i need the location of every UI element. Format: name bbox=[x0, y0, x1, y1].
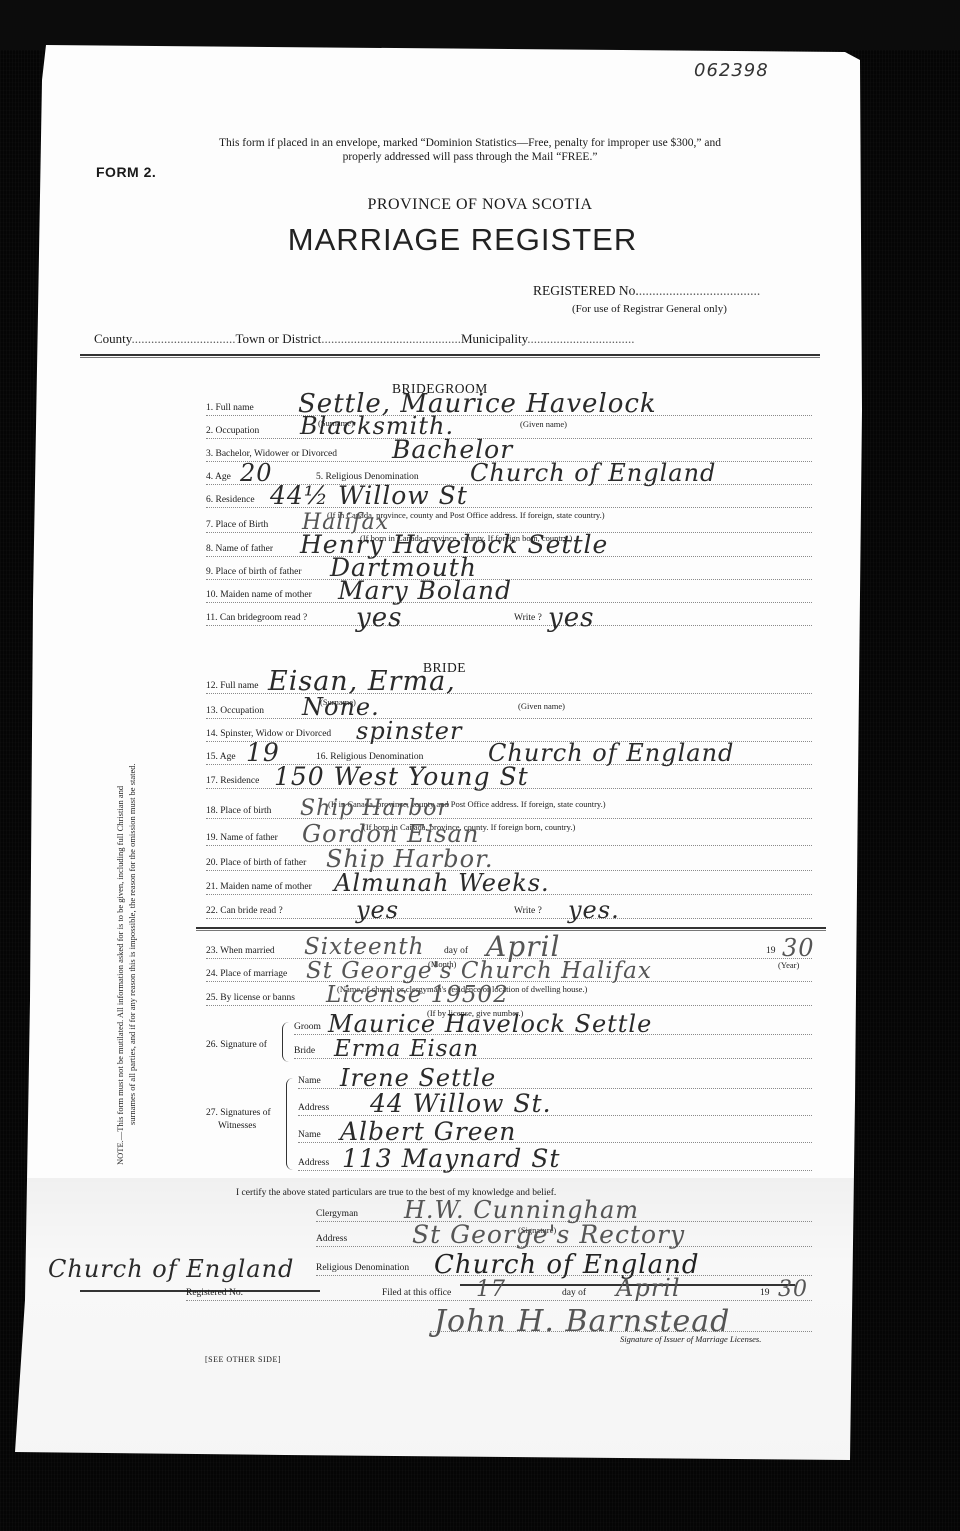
field-label: 19. Name of father bbox=[206, 833, 278, 843]
bride-marital-status-value: spinster bbox=[356, 717, 462, 745]
issuer-signature-row: John H. Barnstead bbox=[430, 1313, 812, 1332]
signature-label: 26. Signature of bbox=[206, 1040, 267, 1050]
dotted-leader: ........................................… bbox=[321, 331, 461, 346]
field-label: 6. Residence bbox=[206, 495, 255, 505]
filed-month-value: April bbox=[616, 1274, 681, 1302]
field-label: Religious Denomination bbox=[316, 1263, 409, 1273]
page-title: MARRIAGE REGISTER bbox=[0, 222, 925, 258]
bride-literacy-row: 22. Can bride read ? yes Write ? yes. bbox=[206, 900, 812, 919]
province-heading: PROVINCE OF NOVA SCOTIA bbox=[0, 196, 960, 214]
groom-residence-row: 6. Residence 44½ Willow St bbox=[206, 489, 812, 508]
signature-brace bbox=[282, 1022, 289, 1062]
marriage-date-row: 23. When married Sixteenth day of April … bbox=[206, 940, 812, 959]
dotted-leader: .................................... bbox=[639, 283, 761, 298]
registered-number-field: REGISTERED No...........................… bbox=[533, 283, 760, 299]
field-label: 8. Name of father bbox=[206, 544, 273, 554]
postal-notice-line-1: This form if placed in an envelope, mark… bbox=[120, 136, 820, 151]
groom-father-name-row: 8. Name of father Henry Havelock Settle bbox=[206, 538, 812, 557]
municipality-label: Municipality bbox=[461, 331, 527, 346]
field-label: 2. Occupation bbox=[206, 426, 259, 436]
field-label: Address bbox=[298, 1103, 329, 1113]
field-label: Write ? bbox=[514, 906, 542, 916]
field-label: 9. Place of birth of father bbox=[206, 567, 302, 577]
marriage-day-value: Sixteenth bbox=[304, 934, 424, 960]
witnesses-label-line-1: 27. Signatures of bbox=[206, 1108, 271, 1118]
field-label: Groom bbox=[294, 1022, 321, 1032]
location-row: County................................To… bbox=[94, 331, 810, 347]
field-label: 17. Residence bbox=[206, 776, 259, 786]
witness-2-address-row: Address 113 Maynard St bbox=[298, 1152, 812, 1171]
year-prefix: 19 bbox=[766, 946, 776, 956]
side-note: NOTE.—This form must not be mutilated. A… bbox=[114, 545, 138, 1165]
archive-number: 062398 bbox=[694, 60, 769, 81]
groom-mother-maiden-name-row: 10. Maiden name of mother Mary Boland bbox=[206, 584, 812, 603]
bride-mother-maiden-name-value: Almunah Weeks. bbox=[334, 869, 550, 897]
field-label: 24. Place of marriage bbox=[206, 969, 287, 979]
license-value: License 19502 bbox=[326, 982, 509, 1008]
witness-2-name-value: Albert Green bbox=[340, 1117, 516, 1146]
field-label: day of bbox=[562, 1288, 586, 1298]
field-label: 11. Can bridegroom read ? bbox=[206, 613, 307, 623]
witness-1-address-value: 44 Willow St. bbox=[370, 1089, 552, 1118]
field-label: 22. Can bride read ? bbox=[206, 906, 283, 916]
registered-number-note: (For use of Registrar General only) bbox=[572, 303, 727, 315]
bride-father-name-value: Gordon Eisan bbox=[302, 820, 479, 848]
witness-1-address-row: Address 44 Willow St. bbox=[298, 1097, 812, 1116]
groom-full-name-row: 1. Full name Settle, Maurice Havelock bbox=[206, 397, 812, 416]
groom-residence-value: 44½ Willow St bbox=[270, 481, 468, 510]
bride-can-write-value: yes. bbox=[568, 896, 620, 924]
field-label: 1. Full name bbox=[206, 403, 254, 413]
filed-day-value: 17 bbox=[476, 1277, 506, 1302]
registered-number-label: REGISTERED No. bbox=[533, 283, 639, 298]
field-label: 4. Age bbox=[206, 472, 231, 482]
bride-mother-maiden-name-row: 21. Maiden name of mother Almunah Weeks. bbox=[206, 876, 812, 895]
license-row: 25. By license or banns License 19502 bbox=[206, 987, 812, 1006]
groom-literacy-row: 11. Can bridegroom read ? yes Write ? ye… bbox=[206, 607, 812, 626]
field-label: Filed at this office bbox=[382, 1288, 451, 1298]
marriage-place-value: St George's Church Halifax bbox=[306, 958, 652, 984]
field-label: 21. Maiden name of mother bbox=[206, 882, 312, 892]
groom-religion-value: Church of England bbox=[470, 459, 716, 487]
side-note-line-1: NOTE.—This form must not be mutilated. A… bbox=[114, 545, 126, 1165]
clergyman-address-row: Address St George's Rectory bbox=[316, 1228, 812, 1247]
filing-row: Registered No. Filed at this office 17 d… bbox=[186, 1282, 812, 1301]
field-label: 15. Age bbox=[206, 752, 236, 762]
filed-year-value: 30 bbox=[778, 1277, 808, 1302]
witnesses-label-line-2: Witnesses bbox=[218, 1121, 256, 1131]
witness-brace bbox=[286, 1078, 293, 1170]
witness-1-name-row: Name Irene Settle bbox=[298, 1070, 812, 1089]
field-label: Bride bbox=[294, 1046, 315, 1056]
field-label: Address bbox=[298, 1158, 329, 1168]
bride-birthplace-value: Ship Harbor bbox=[300, 796, 449, 821]
denomination-row: Religious Denomination Church of England bbox=[316, 1257, 812, 1276]
see-other-side-note: [SEE OTHER SIDE] bbox=[205, 1355, 281, 1364]
field-label: 18. Place of birth bbox=[206, 806, 271, 816]
marriage-year-value: 30 bbox=[782, 934, 815, 962]
field-label: Name bbox=[298, 1076, 321, 1086]
issuer-signature-label: Signature of Issuer of Marriage Licenses… bbox=[620, 1334, 761, 1344]
scanner-top-band bbox=[0, 0, 960, 50]
bride-birthplace-row: 18. Place of birth Ship Harbor bbox=[206, 800, 812, 819]
field-label: Address bbox=[316, 1234, 347, 1244]
field-label: 12. Full name bbox=[206, 681, 259, 691]
clergyman-address-value: St George's Rectory bbox=[412, 1220, 685, 1249]
groom-age-value: 20 bbox=[240, 459, 273, 487]
bride-signature-row: Bride Erma Eisan bbox=[294, 1040, 812, 1059]
field-label: 7. Place of Birth bbox=[206, 520, 268, 530]
form-number: FORM 2. bbox=[96, 164, 156, 180]
field-label: 20. Place of birth of father bbox=[206, 858, 306, 868]
groom-signature-row: Groom Maurice Havelock Settle bbox=[294, 1016, 812, 1035]
county-label: County bbox=[94, 331, 131, 346]
field-label: Clergyman bbox=[316, 1209, 358, 1219]
field-label: Name bbox=[298, 1130, 321, 1140]
town-label: Town or District bbox=[235, 331, 321, 346]
margin-denomination-note: Church of England bbox=[48, 1255, 294, 1283]
witness-1-name-value: Irene Settle bbox=[340, 1064, 496, 1092]
witness-2-name-row: Name Albert Green bbox=[298, 1124, 812, 1143]
bride-residence-value: 150 West Young St bbox=[274, 762, 529, 791]
groom-can-read-value: yes bbox=[356, 603, 402, 633]
field-label: Registered No. bbox=[186, 1288, 243, 1298]
field-label: 23. When married bbox=[206, 946, 275, 956]
postal-notice-line-2: properly addressed will pass through the… bbox=[120, 150, 820, 165]
dotted-leader: ................................. bbox=[527, 331, 634, 346]
bride-can-read-value: yes bbox=[356, 896, 399, 924]
field-label: 10. Maiden name of mother bbox=[206, 590, 312, 600]
field-label: 16. Religious Denomination bbox=[316, 752, 423, 762]
bride-full-name-row: 12. Full name Eisan, Erma, bbox=[206, 675, 812, 694]
groom-signature-value: Maurice Havelock Settle bbox=[328, 1010, 652, 1038]
field-label: 25. By license or banns bbox=[206, 993, 295, 1003]
year-prefix: 19 bbox=[760, 1288, 770, 1298]
dotted-leader: ................................ bbox=[131, 331, 235, 346]
bride-signature-value: Erma Eisan bbox=[334, 1036, 479, 1062]
witness-2-address-value: 113 Maynard St bbox=[342, 1144, 560, 1173]
marriage-place-row: 24. Place of marriage St George's Church… bbox=[206, 963, 812, 982]
bride-occupation-row: 13. Occupation None. bbox=[206, 700, 812, 719]
side-note-line-2: surnames of all parties, and if for any … bbox=[126, 545, 138, 1165]
bride-father-name-row: 19. Name of father Gordon Eisan bbox=[206, 827, 812, 846]
bride-residence-row: 17. Residence 150 West Young St bbox=[206, 770, 812, 789]
field-label: 13. Occupation bbox=[206, 706, 264, 716]
groom-can-write-value: yes bbox=[548, 603, 594, 633]
field-label: 3. Bachelor, Widower or Divorced bbox=[206, 449, 337, 459]
field-label: day of bbox=[444, 946, 468, 956]
header-divider bbox=[80, 354, 820, 358]
field-label: Write ? bbox=[514, 613, 542, 623]
groom-mother-maiden-name-value: Mary Boland bbox=[338, 576, 512, 605]
